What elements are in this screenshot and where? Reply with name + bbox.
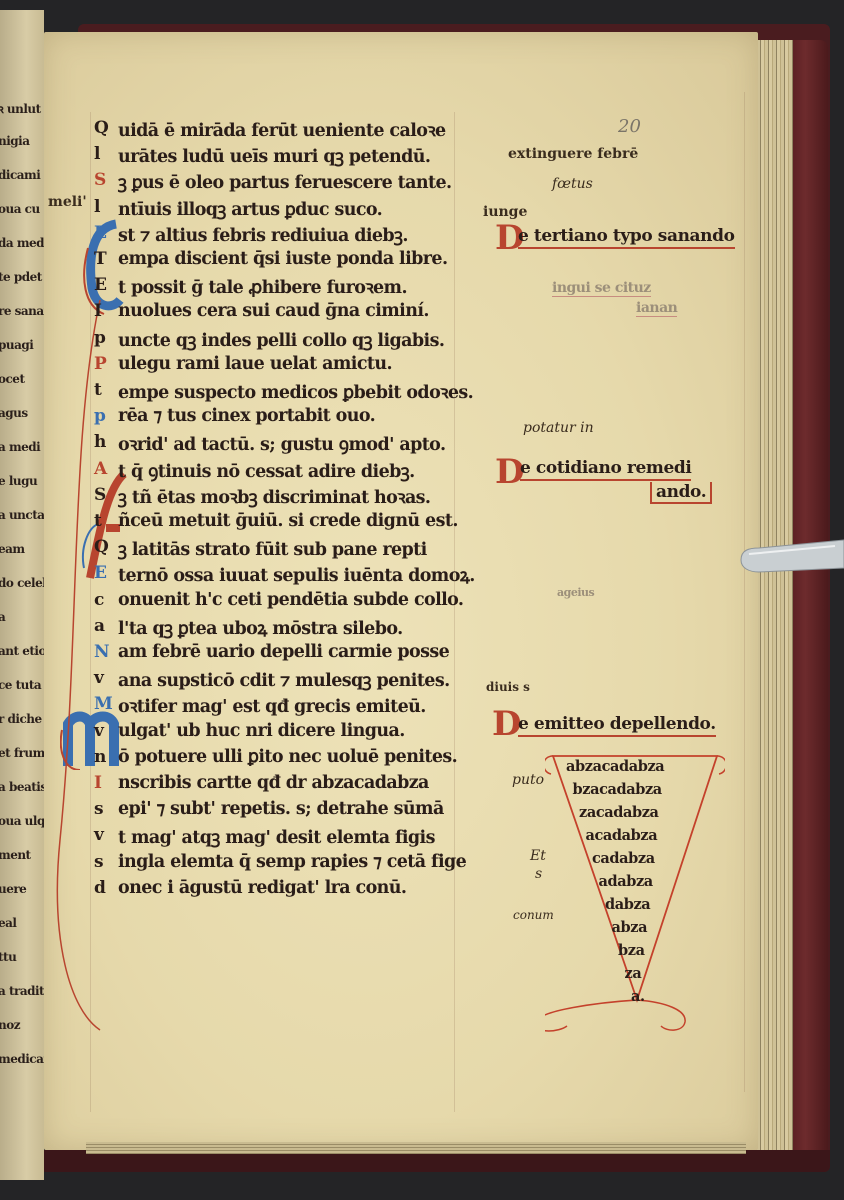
line-initial: n	[94, 747, 106, 767]
line-initial: c	[94, 590, 104, 610]
text-line: ñceū metuit ḡuiū. si crede dignū est.	[118, 511, 458, 531]
text-line: nuolues cera sui caud ḡna ciminí.	[118, 301, 429, 321]
text-line: ana supsticō cdit ⁊ mulesqꝫ penites.	[118, 668, 450, 692]
text-line: uidā ē mirāda ferūt ueniente caloꝛe	[118, 118, 446, 142]
left-page-text-fragment: puagi	[0, 338, 33, 352]
text-line: nscribis cartte qđ dr abzacadabza	[118, 773, 429, 793]
line-initial: Q	[94, 118, 109, 138]
book-binding-spine	[790, 40, 828, 1160]
left-page-text-fragment: a	[0, 610, 5, 624]
faint-margin-note: ageius	[557, 586, 594, 599]
page-bottom-edges	[86, 1142, 746, 1154]
text-line: ingla elemta q̄ semp rapies ⁊ cetā fige	[118, 852, 466, 872]
text-line: oꝛrid' ad tactū. s; gustu ꝯmod' apto.	[118, 432, 445, 456]
left-page-text-fragment: a tradit	[0, 984, 44, 998]
line-initial: l	[94, 197, 100, 217]
text-line: ntīuis illoqꝫ artus ꝑduc suco.	[118, 197, 382, 221]
erased-rubric-line: ianan	[636, 300, 677, 317]
line-initial: s	[94, 799, 104, 819]
text-line: ꝫ tñ ētas moꝛbꝫ discriminat hoꝛas.	[118, 485, 430, 509]
gloss: Et	[530, 848, 546, 864]
line-initial: p	[94, 406, 106, 426]
text-line: t possit ḡ tale ꝓhibere furoꝛem.	[118, 275, 407, 299]
gloss: diuis s	[486, 680, 530, 694]
left-page-text-fragment: ment	[0, 848, 31, 862]
text-line: onec i āgustū redigat' lra conū.	[118, 878, 406, 898]
text-line: ō potuere ulli ꝑito nec uoluē penites.	[118, 747, 457, 767]
left-page-text-fragment: uere	[0, 882, 26, 896]
gloss: puto	[512, 772, 544, 788]
text-line: ꝫ ꝑus ē oleo partus feruescere tante.	[118, 170, 452, 194]
left-page-text-fragment: ttu	[0, 950, 16, 964]
left-page-text-fragment: eal	[0, 916, 16, 930]
rubric-continuation: ando.	[650, 482, 712, 504]
gloss: iunge	[483, 204, 527, 220]
line-initial: E	[94, 275, 107, 295]
line-initial: N	[94, 642, 110, 662]
line-initial: s	[94, 852, 104, 872]
left-page-text-fragment: ce tuta	[0, 678, 41, 692]
left-page-text-fragment: e lugu	[0, 474, 37, 488]
ruling-line	[454, 112, 455, 1112]
line-initial: S	[94, 485, 106, 505]
line-initial: v	[94, 825, 104, 845]
left-page-text-fragment: nigia	[0, 134, 30, 148]
abracadabra-line: bza	[618, 942, 645, 959]
abracadabra-line: dabza	[605, 896, 650, 913]
line-initial: h	[94, 432, 106, 452]
left-page-text-fragment: te pdet	[0, 270, 42, 284]
line-initial: E	[94, 563, 107, 583]
text-line: t mag' atqꝫ mag' desit elemta figis	[118, 825, 435, 849]
text-line: uncte qꝫ indes pelli collo qꝫ ligabis.	[118, 328, 444, 352]
left-page-text-fragment: oua cu	[0, 202, 40, 216]
left-page-text-fragment: a uncta	[0, 508, 45, 522]
line-initial: a	[94, 616, 105, 636]
left-page-text-fragment: a medi	[0, 440, 40, 454]
rubric-heading: e cotidiano remedi	[520, 458, 691, 481]
text-line: epi' ⁊ subt' repetis. s; detrahe sūmā	[118, 799, 444, 819]
left-page-text-fragment: dicami	[0, 168, 40, 182]
line-initial: P	[94, 354, 107, 374]
ruling-line	[744, 92, 745, 1092]
left-page-text-fragment: et frum	[0, 746, 45, 760]
text-line: rēa ⁊ tus cinex portabit ouo.	[118, 406, 375, 426]
line-initial: E	[94, 223, 107, 243]
abracadabra-line: cadabza	[592, 850, 655, 867]
line-initial: v	[94, 721, 104, 741]
page-clip	[735, 538, 844, 574]
line-initial: S	[94, 170, 106, 190]
abracadabra-line: a.	[631, 988, 645, 1005]
line-initial: I	[94, 773, 102, 793]
line-initial: M	[94, 694, 113, 714]
text-line: ulegu rami laue uelat amictu.	[118, 354, 392, 374]
text-line: urātes ludū ueīs muri qꝫ petendū.	[118, 144, 430, 168]
left-page-text-fragment: r diche	[0, 712, 42, 726]
text-line: ulgat' ub huc nri dicere lingua.	[118, 721, 405, 741]
abracadabra-line: abzacadabza	[566, 758, 664, 775]
gloss: extinguere febrē	[508, 146, 638, 162]
left-page-text-fragment: noz	[0, 1018, 20, 1032]
rubric-heading: e emitteo depellendo.	[518, 714, 716, 737]
gloss: fœtus	[552, 176, 593, 192]
text-line: empe suspecto medicos ꝑbebit odoꝛes.	[118, 380, 473, 404]
erased-rubric-line: ingui se cituz	[552, 280, 651, 297]
abracadabra-line: acadabza	[586, 827, 658, 844]
left-page-text-fragment: ocet	[0, 372, 25, 386]
line-initial: p	[94, 328, 106, 348]
line-initial: A	[94, 459, 107, 479]
left-page-text-fragment: eam	[0, 542, 25, 556]
line-initial: I	[94, 301, 102, 321]
abracadabra-line: abza	[612, 919, 648, 936]
text-line: ꝫ latitās strato fūit sub pane repti	[118, 537, 427, 561]
text-line: t q̄ ꝯtinuis nō cessat adire diebꝫ.	[118, 459, 415, 483]
line-initial: Q	[94, 537, 109, 557]
text-line: st ⁊ altius febris rediuiua diebꝫ.	[118, 223, 408, 247]
line-initial: v	[94, 668, 104, 688]
abracadabra-line: bzacadabza	[573, 781, 662, 798]
text-line: l'ta qꝫ ꝑtea uboꝝ mōstra silebo.	[118, 616, 403, 640]
text-line: oꝛtifer mag' est qđ grecis emiteū.	[118, 694, 426, 718]
gloss: s	[535, 866, 542, 882]
abracadabra-line: adabza	[599, 873, 653, 890]
line-initial: d	[94, 878, 106, 898]
text-line: ternō ossa iuuat sepulis iuēnta domoꝝ.	[118, 563, 475, 587]
line-initial: t	[94, 380, 102, 400]
left-page-text-fragment: ꝛ unlut	[0, 100, 41, 117]
abracadabra-line: za	[625, 965, 642, 982]
abracadabra-line: zacadabza	[579, 804, 659, 821]
left-facing-page: ꝛ unlutnigiadicamioua cuda medicte pdetr…	[0, 10, 44, 1180]
text-line: onuenit h'c ceti pendētia subde collo.	[118, 590, 463, 610]
line-initial: l	[94, 144, 100, 164]
margin-gloss-left: meli'	[48, 194, 87, 210]
folio-number: 20	[618, 116, 641, 137]
line-initial: t	[94, 511, 102, 531]
rubric-heading: e tertiano typo sanando	[518, 226, 735, 249]
text-line: am febrē uario depelli carmie posse	[118, 642, 449, 662]
gloss: potatur in	[523, 420, 594, 436]
line-initial: T	[94, 249, 107, 269]
text-line: empa discient q̄si iuste ponda libre.	[118, 249, 447, 269]
left-page-text-fragment: agus	[0, 406, 28, 420]
